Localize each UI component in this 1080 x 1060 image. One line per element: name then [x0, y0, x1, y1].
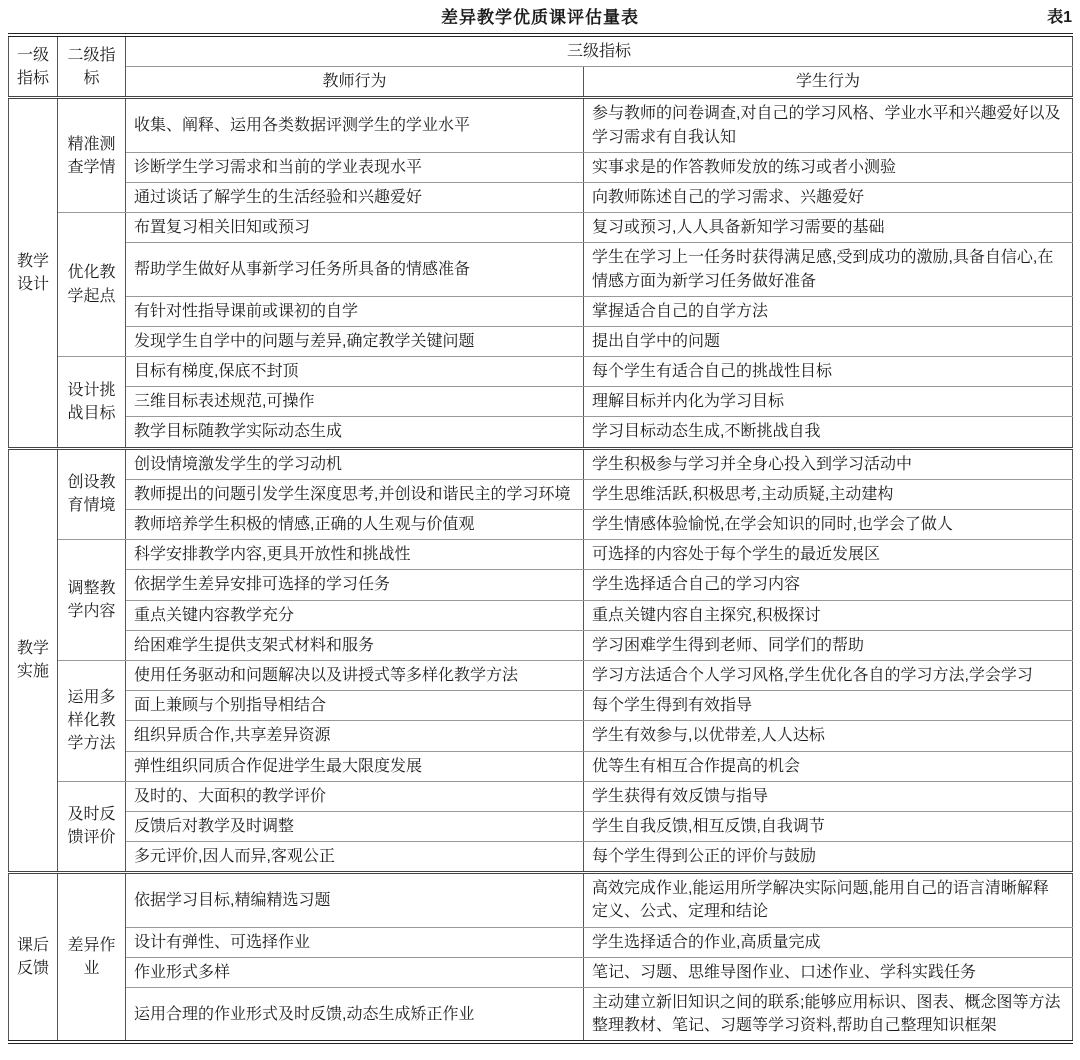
level1-indicator-cell: 教学实施: [9, 448, 58, 873]
student-behavior-cell: 主动建立新旧知识之间的联系;能够应用标识、图表、概念图等方法整理教材、笔记、习题…: [584, 988, 1073, 1043]
table-row: 诊断学生学习需求和当前的学业表现水平实事求是的作答教师发放的练习或者小测验: [9, 152, 1073, 182]
student-behavior-cell: 学生情感体验愉悦,在学会知识的同时,也学会了做人: [584, 510, 1073, 540]
table-row: 教学设计精准测查学情收集、阐释、运用各类数据评测学生的学业水平参与教师的问卷调查…: [9, 98, 1073, 152]
student-behavior-cell: 学生有效参与,以优带差,人人达标: [584, 721, 1073, 751]
header-row-2: 教师行为 学生行为: [9, 67, 1073, 98]
student-behavior-cell: 学生思维活跃,积极思考,主动质疑,主动建构: [584, 479, 1073, 509]
student-behavior-cell: 理解目标并内化为学习目标: [584, 387, 1073, 417]
table-row: 依据学生差异安排可选择的学习任务学生选择适合自己的学习内容: [9, 570, 1073, 600]
table-row: 有针对性指导课前或课初的自学掌握适合自己的自学方法: [9, 296, 1073, 326]
table-row: 作业形式多样笔记、习题、思维导图作业、口述作业、学科实践任务: [9, 957, 1073, 987]
level2-indicator-cell: 精准测查学情: [58, 98, 126, 213]
table-row: 运用合理的作业形式及时反馈,动态生成矫正作业主动建立新旧知识之间的联系;能够应用…: [9, 988, 1073, 1043]
table-row: 教学实施创设教育情境创设情境激发学生的学习动机学生积极参与学习并全身心投入到学习…: [9, 448, 1073, 479]
teacher-behavior-cell: 依据学习目标,精编精选习题: [126, 873, 584, 927]
student-behavior-cell: 笔记、习题、思维导图作业、口述作业、学科实践任务: [584, 957, 1073, 987]
table-row: 发现学生自学中的问题与差异,确定教学关键问题提出自学中的问题: [9, 326, 1073, 356]
teacher-behavior-cell: 重点关键内容教学充分: [126, 600, 584, 630]
teacher-behavior-cell: 运用合理的作业形式及时反馈,动态生成矫正作业: [126, 988, 584, 1043]
student-behavior-cell: 可选择的内容处于每个学生的最近发展区: [584, 540, 1073, 570]
header-level2-indicator: 二级指标: [58, 35, 126, 98]
level2-indicator-cell: 及时反馈评价: [58, 781, 126, 873]
student-behavior-cell: 学习方法适合个人学习风格,学生优化各自的学习方法,学会学习: [584, 660, 1073, 690]
level2-indicator-cell: 调整教学内容: [58, 540, 126, 661]
teacher-behavior-cell: 收集、阐释、运用各类数据评测学生的学业水平: [126, 98, 584, 152]
teacher-behavior-cell: 作业形式多样: [126, 957, 584, 987]
student-behavior-cell: 复习或预习,人人具备新知学习需要的基础: [584, 213, 1073, 243]
teacher-behavior-cell: 教师提出的问题引发学生深度思考,并创设和谐民主的学习环境: [126, 479, 584, 509]
table-row: 反馈后对教学及时调整学生自我反馈,相互反馈,自我调节: [9, 811, 1073, 841]
teacher-behavior-cell: 三维目标表述规范,可操作: [126, 387, 584, 417]
teacher-behavior-cell: 依据学生差异安排可选择的学习任务: [126, 570, 584, 600]
teacher-behavior-cell: 教师培养学生积极的情感,正确的人生观与价值观: [126, 510, 584, 540]
title-bar: 差异教学优质课评估量表 表1: [8, 5, 1072, 31]
teacher-behavior-cell: 通过谈话了解学生的生活经验和兴趣爱好: [126, 182, 584, 212]
header-level3-indicator: 三级指标: [126, 35, 1073, 67]
teacher-behavior-cell: 教学目标随教学实际动态生成: [126, 417, 584, 448]
teacher-behavior-cell: 帮助学生做好从事新学习任务所具备的情感准备: [126, 243, 584, 296]
student-behavior-cell: 学生选择适合的作业,高质量完成: [584, 927, 1073, 957]
student-behavior-cell: 优等生有相互合作提高的机会: [584, 751, 1073, 781]
student-behavior-cell: 学生在学习上一任务时获得满足感,受到成功的激励,具备自信心,在情感方面为新学习任…: [584, 243, 1073, 296]
student-behavior-cell: 高效完成作业,能运用所学解决实际问题,能用自己的语言清晰解释定义、公式、定理和结…: [584, 873, 1073, 927]
table-row: 课后反馈差异作业依据学习目标,精编精选习题高效完成作业,能运用所学解决实际问题,…: [9, 873, 1073, 927]
teacher-behavior-cell: 诊断学生学习需求和当前的学业表现水平: [126, 152, 584, 182]
student-behavior-cell: 学生积极参与学习并全身心投入到学习活动中: [584, 448, 1073, 479]
table-row: 帮助学生做好从事新学习任务所具备的情感准备学生在学习上一任务时获得满足感,受到成…: [9, 243, 1073, 296]
teacher-behavior-cell: 发现学生自学中的问题与差异,确定教学关键问题: [126, 326, 584, 356]
table-row: 多元评价,因人而异,客观公正每个学生得到公正的评价与鼓励: [9, 842, 1073, 873]
student-behavior-cell: 提出自学中的问题: [584, 326, 1073, 356]
table-row: 教师培养学生积极的情感,正确的人生观与价值观学生情感体验愉悦,在学会知识的同时,…: [9, 510, 1073, 540]
page-title: 差异教学优质课评估量表: [8, 5, 1072, 31]
student-behavior-cell: 学生选择适合自己的学习内容: [584, 570, 1073, 600]
level1-indicator-cell: 教学设计: [9, 98, 58, 448]
student-behavior-cell: 向教师陈述自己的学习需求、兴趣爱好: [584, 182, 1073, 212]
table-row: 运用多样化教学方法使用任务驱动和问题解决以及讲授式等多样化教学方法学习方法适合个…: [9, 660, 1073, 690]
table-number-label: 表1: [1047, 5, 1072, 31]
table-row: 及时反馈评价及时的、大面积的教学评价学生获得有效反馈与指导: [9, 781, 1073, 811]
teacher-behavior-cell: 反馈后对教学及时调整: [126, 811, 584, 841]
teacher-behavior-cell: 有针对性指导课前或课初的自学: [126, 296, 584, 326]
teacher-behavior-cell: 给困难学生提供支架式材料和服务: [126, 630, 584, 660]
student-behavior-cell: 学生自我反馈,相互反馈,自我调节: [584, 811, 1073, 841]
level2-indicator-cell: 优化教学起点: [58, 213, 126, 357]
header-level1-indicator: 一级指标: [9, 35, 58, 98]
table-row: 组织异质合作,共享差异资源学生有效参与,以优带差,人人达标: [9, 721, 1073, 751]
teacher-behavior-cell: 使用任务驱动和问题解决以及讲授式等多样化教学方法: [126, 660, 584, 690]
student-behavior-cell: 学生获得有效反馈与指导: [584, 781, 1073, 811]
level2-indicator-cell: 差异作业: [58, 873, 126, 1043]
teacher-behavior-cell: 目标有梯度,保底不封顶: [126, 357, 584, 387]
level2-indicator-cell: 运用多样化教学方法: [58, 660, 126, 781]
header-student-behavior: 学生行为: [584, 67, 1073, 98]
teacher-behavior-cell: 布置复习相关旧知或预习: [126, 213, 584, 243]
student-behavior-cell: 实事求是的作答教师发放的练习或者小测验: [584, 152, 1073, 182]
teacher-behavior-cell: 面上兼顾与个别指导相结合: [126, 691, 584, 721]
table-row: 三维目标表述规范,可操作理解目标并内化为学习目标: [9, 387, 1073, 417]
teacher-behavior-cell: 组织异质合作,共享差异资源: [126, 721, 584, 751]
teacher-behavior-cell: 多元评价,因人而异,客观公正: [126, 842, 584, 873]
table-row: 给困难学生提供支架式材料和服务学习困难学生得到老师、同学们的帮助: [9, 630, 1073, 660]
level2-indicator-cell: 设计挑战目标: [58, 357, 126, 449]
table-row: 重点关键内容教学充分重点关键内容自主探究,积极探讨: [9, 600, 1073, 630]
student-behavior-cell: 参与教师的问卷调查,对自己的学习风格、学业水平和兴趣爱好以及学习需求有自我认知: [584, 98, 1073, 152]
header-teacher-behavior: 教师行为: [126, 67, 584, 98]
level2-indicator-cell: 创设教育情境: [58, 448, 126, 540]
student-behavior-cell: 重点关键内容自主探究,积极探讨: [584, 600, 1073, 630]
student-behavior-cell: 每个学生有适合自己的挑战性目标: [584, 357, 1073, 387]
page: 差异教学优质课评估量表 表1 一级指标 二级指标 三级指标 教师行为 学生行为 …: [0, 0, 1080, 1060]
table-row: 设计有弹性、可选择作业学生选择适合的作业,高质量完成: [9, 927, 1073, 957]
student-behavior-cell: 学习困难学生得到老师、同学们的帮助: [584, 630, 1073, 660]
student-behavior-cell: 掌握适合自己的自学方法: [584, 296, 1073, 326]
table-row: 优化教学起点布置复习相关旧知或预习复习或预习,人人具备新知学习需要的基础: [9, 213, 1073, 243]
level1-indicator-cell: 课后反馈: [9, 873, 58, 1043]
student-behavior-cell: 每个学生得到公正的评价与鼓励: [584, 842, 1073, 873]
teacher-behavior-cell: 及时的、大面积的教学评价: [126, 781, 584, 811]
table-row: 设计挑战目标目标有梯度,保底不封顶每个学生有适合自己的挑战性目标: [9, 357, 1073, 387]
table-row: 面上兼顾与个别指导相结合每个学生得到有效指导: [9, 691, 1073, 721]
student-behavior-cell: 学习目标动态生成,不断挑战自我: [584, 417, 1073, 448]
teacher-behavior-cell: 设计有弹性、可选择作业: [126, 927, 584, 957]
student-behavior-cell: 每个学生得到有效指导: [584, 691, 1073, 721]
table-row: 调整教学内容科学安排教学内容,更具开放性和挑战性可选择的内容处于每个学生的最近发…: [9, 540, 1073, 570]
teacher-behavior-cell: 弹性组织同质合作促进学生最大限度发展: [126, 751, 584, 781]
table-row: 教师提出的问题引发学生深度思考,并创设和谐民主的学习环境学生思维活跃,积极思考,…: [9, 479, 1073, 509]
table-body: 教学设计精准测查学情收集、阐释、运用各类数据评测学生的学业水平参与教师的问卷调查…: [9, 98, 1073, 1043]
teacher-behavior-cell: 科学安排教学内容,更具开放性和挑战性: [126, 540, 584, 570]
table-row: 通过谈话了解学生的生活经验和兴趣爱好向教师陈述自己的学习需求、兴趣爱好: [9, 182, 1073, 212]
table-header: 一级指标 二级指标 三级指标 教师行为 学生行为: [9, 35, 1073, 98]
table-row: 弹性组织同质合作促进学生最大限度发展优等生有相互合作提高的机会: [9, 751, 1073, 781]
table-row: 教学目标随教学实际动态生成学习目标动态生成,不断挑战自我: [9, 417, 1073, 448]
header-row-1: 一级指标 二级指标 三级指标: [9, 35, 1073, 67]
evaluation-table: 一级指标 二级指标 三级指标 教师行为 学生行为 教学设计精准测查学情收集、阐释…: [8, 33, 1073, 1044]
teacher-behavior-cell: 创设情境激发学生的学习动机: [126, 448, 584, 479]
